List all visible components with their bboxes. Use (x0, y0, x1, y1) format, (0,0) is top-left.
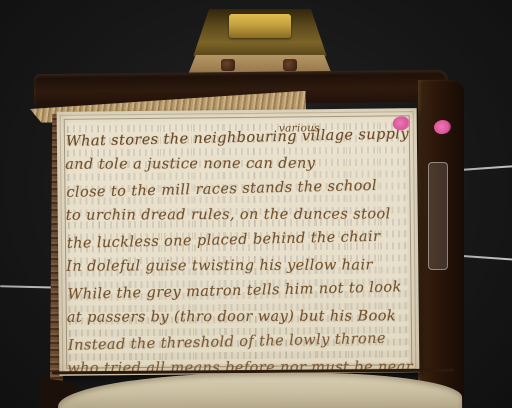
manuscript-page: various What stores the neighbouring vil… (57, 108, 420, 376)
book-bottom-pages (58, 372, 462, 408)
photo-stage: various What stores the neighbouring vil… (0, 0, 512, 408)
verse-line-1: What stores the neighbouring village sup… (66, 126, 416, 159)
book-clamp (185, 5, 335, 79)
sketchbook: various What stores the neighbouring vil… (28, 70, 462, 408)
spine-conservation-clip (428, 162, 448, 270)
handwritten-verse: various What stores the neighbouring vil… (65, 122, 418, 376)
clamp-brass-bar (229, 14, 291, 38)
